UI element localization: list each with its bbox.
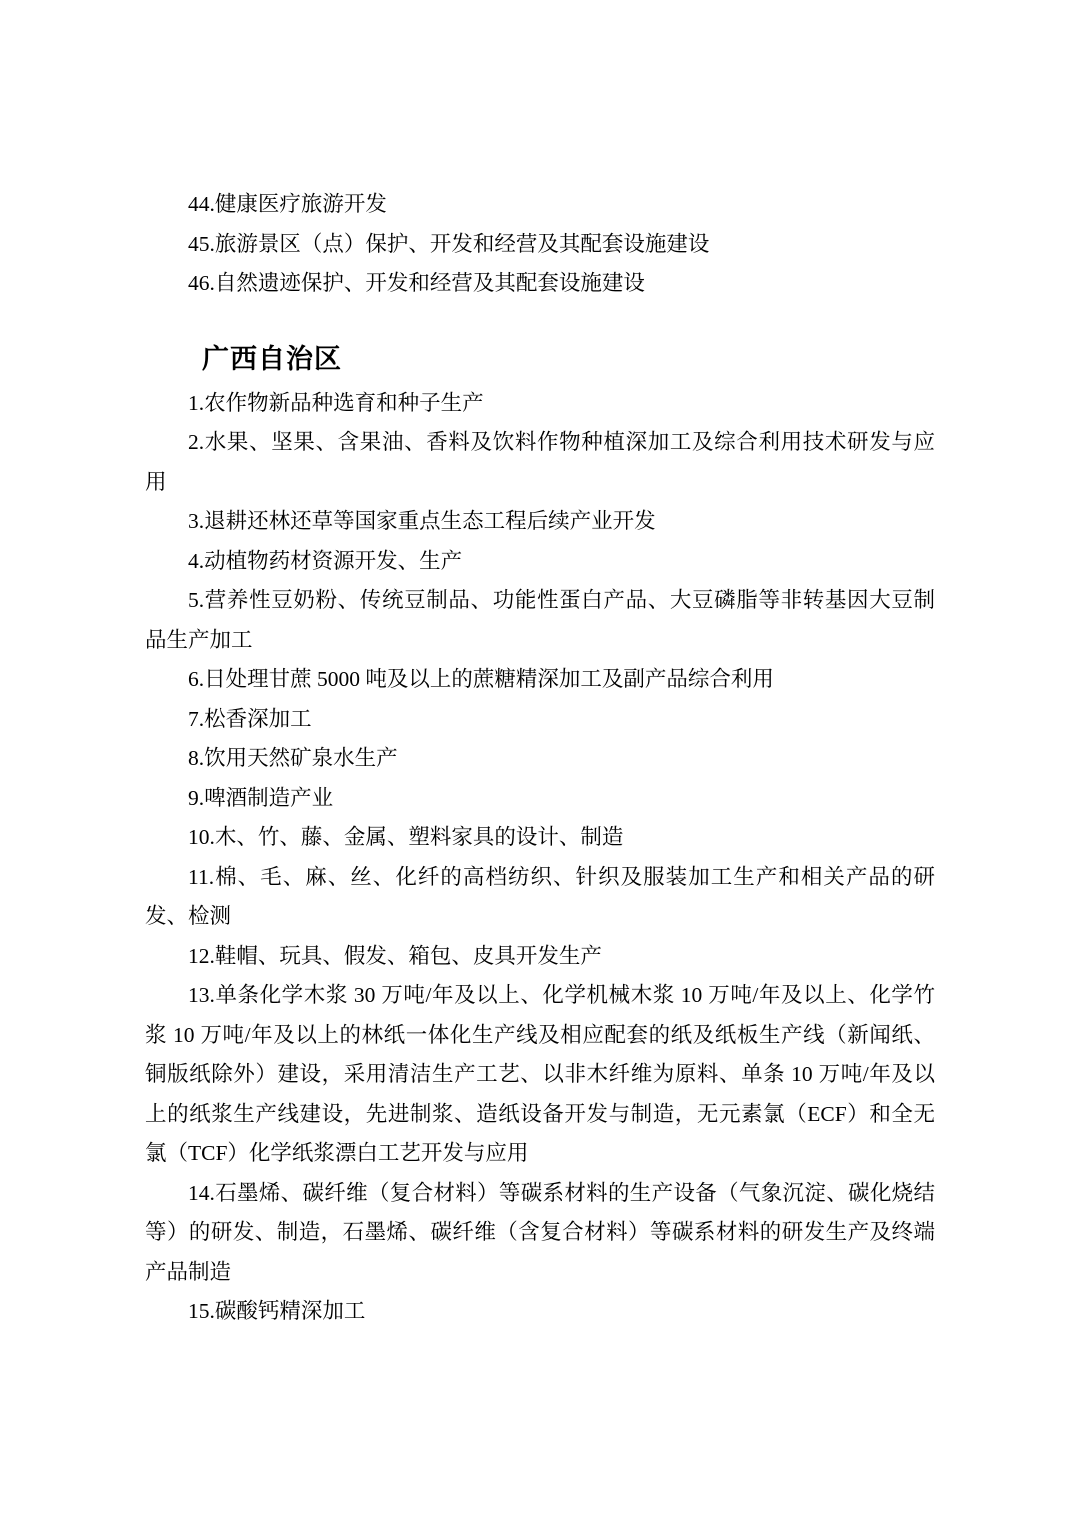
numbered-item-6: 6.日处理甘蔗 5000 吨及以上的蔗糖精深加工及副产品综合利用 xyxy=(145,660,935,700)
document-page: 44.健康医疗旅游开发 45.旅游景区（点）保护、开发和经营及其配套设施建设 4… xyxy=(0,0,1074,1520)
numbered-item-4: 4.动植物药材资源开发、生产 xyxy=(145,542,935,582)
numbered-item-15: 15.碳酸钙精深加工 xyxy=(145,1292,935,1332)
numbered-item-3: 3.退耕还林还草等国家重点生态工程后续产业开发 xyxy=(145,502,935,542)
numbered-item-13: 13.单条化学木浆 30 万吨/年及以上、化学机械木浆 10 万吨/年及以上、化… xyxy=(145,976,935,1174)
numbered-item-2: 2.水果、坚果、含果油、香料及饮料作物种植深加工及综合利用技术研发与应用 xyxy=(145,423,935,502)
numbered-item-12: 12.鞋帽、玩具、假发、箱包、皮具开发生产 xyxy=(145,937,935,977)
numbered-item-11: 11.棉、毛、麻、丝、化纤的高档纺织、针织及服装加工生产和相关产品的研发、检测 xyxy=(145,858,935,937)
numbered-item-8: 8.饮用天然矿泉水生产 xyxy=(145,739,935,779)
numbered-item-46: 46.自然遗迹保护、开发和经营及其配套设施建设 xyxy=(145,264,935,304)
section-heading-guangxi: 广西自治区 xyxy=(145,334,935,384)
numbered-item-5: 5.营养性豆奶粉、传统豆制品、功能性蛋白产品、大豆磷脂等非转基因大豆制品生产加工 xyxy=(145,581,935,660)
numbered-item-45: 45.旅游景区（点）保护、开发和经营及其配套设施建设 xyxy=(145,225,935,265)
numbered-item-10: 10.木、竹、藤、金属、塑料家具的设计、制造 xyxy=(145,818,935,858)
numbered-item-7: 7.松香深加工 xyxy=(145,700,935,740)
numbered-item-44: 44.健康医疗旅游开发 xyxy=(145,185,935,225)
numbered-item-9: 9.啤酒制造产业 xyxy=(145,779,935,819)
document-text-block: 44.健康医疗旅游开发 45.旅游景区（点）保护、开发和经营及其配套设施建设 4… xyxy=(145,185,935,1332)
numbered-item-14: 14.石墨烯、碳纤维（复合材料）等碳系材料的生产设备（气象沉淀、碳化烧结等）的研… xyxy=(145,1174,935,1293)
numbered-item-1: 1.农作物新品种选育和种子生产 xyxy=(145,384,935,424)
